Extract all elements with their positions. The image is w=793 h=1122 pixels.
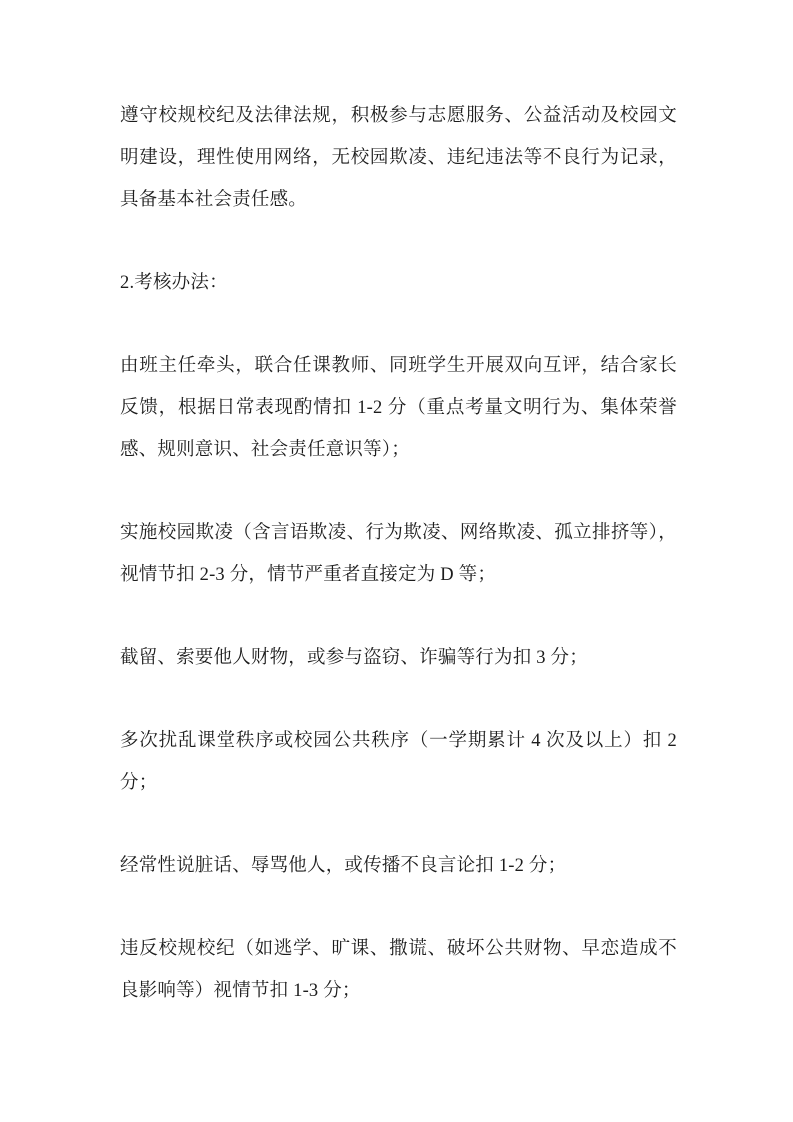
body-paragraph-mutual-evaluation: 由班主任牵头，联合任课教师、同班学生开展双向互评，结合家长反馈，根据日常表现酌情… <box>120 345 677 471</box>
body-paragraph-conduct-summary: 遵守校规校纪及法律法规，积极参与志愿服务、公益活动及校园文明建设，理性使用网络，… <box>120 95 677 221</box>
body-paragraph-bullying-deduction: 实施校园欺凌（含言语欺凌、行为欺凌、网络欺凌、孤立排挤等），视情节扣 2-3 分… <box>120 512 677 596</box>
document-text-block: 遵守校规校纪及法律法规，积极参与志愿服务、公益活动及校园文明建设，理性使用网络，… <box>120 0 677 1012</box>
body-paragraph-rule-violation-deduction: 违反校规校纪（如逃学、旷课、撒谎、破坏公共财物、早恋造成不良影响等）视情节扣 1… <box>120 928 677 1012</box>
body-paragraph-theft-deduction: 截留、索要他人财物，或参与盗窃、诈骗等行为扣 3 分； <box>120 637 677 679</box>
body-paragraph-verbal-abuse-deduction: 经常性说脏话、辱骂他人，或传播不良言论扣 1-2 分； <box>120 845 677 887</box>
body-paragraph-disorder-deduction: 多次扰乱课堂秩序或校园公共秩序（一学期累计 4 次及以上）扣 2 分； <box>120 720 677 804</box>
section-heading-assessment-methods: 2.考核办法： <box>120 262 677 304</box>
document-page: 遵守校规校纪及法律法规，积极参与志愿服务、公益活动及校园文明建设，理性使用网络，… <box>0 0 793 1122</box>
